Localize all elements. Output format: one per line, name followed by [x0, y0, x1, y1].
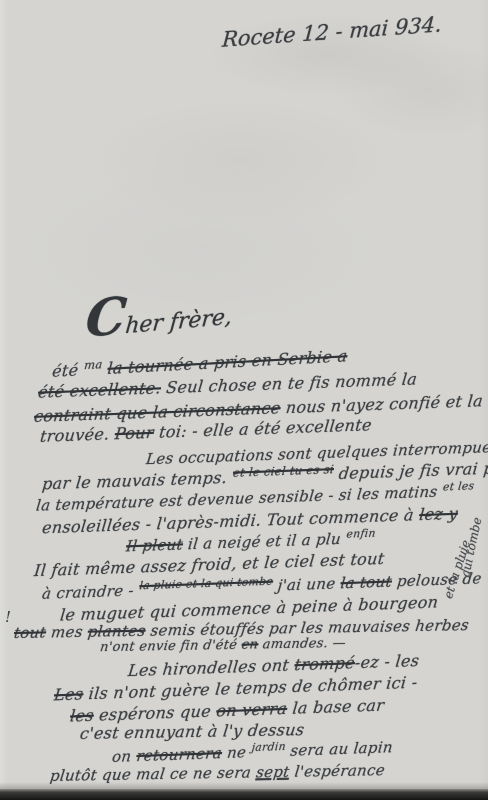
handwriting-text: nous n'ayez confié et la	[280, 391, 484, 417]
scan-bottom-shadow	[0, 782, 488, 789]
struck-text: la tout	[340, 572, 393, 592]
scan-bottom-edge	[0, 789, 488, 800]
struck-text: retournera	[136, 744, 223, 765]
handwriting-text: -ez - les	[354, 651, 420, 672]
salutation: Cher frère,	[84, 275, 236, 349]
struck-text: été excellente.	[37, 378, 162, 401]
handwriting-text: Les hirondelles ont	[127, 655, 295, 680]
struck-text: la pluie et la qui tombe	[139, 575, 274, 593]
struck-text: on verra	[215, 699, 288, 721]
struck-text: tout	[13, 623, 47, 642]
inserted-text: et les	[442, 479, 475, 493]
handwriting-text: à craindre -	[41, 581, 140, 602]
handwriting-text: ne	[221, 743, 252, 762]
date-line: Rocete 12 - mai 934.	[221, 12, 442, 52]
handwriting-line: n'ont envie fin d'été en amandes. —	[99, 637, 346, 654]
struck-text: plantes	[87, 622, 147, 641]
handwriting-text: j'ai une	[272, 574, 342, 594]
inserted-text: jardin	[251, 740, 286, 754]
handwriting-text: Seul chose en te fis nommé la	[160, 369, 418, 397]
handwriting-text: l'espérance	[289, 761, 387, 781]
handwriting-text: trouvée.	[39, 424, 116, 446]
inserted-text: ma	[84, 357, 104, 372]
handwriting-text: été	[51, 360, 84, 381]
handwriting-text: n'ont envie fin d'été	[99, 638, 242, 656]
struck-text: Il pleut	[125, 535, 184, 555]
struck-text: Pour	[114, 423, 155, 443]
struck-text: lez y	[418, 504, 459, 524]
margin-exclamation-mark: !	[5, 608, 11, 626]
struck-text: trompé	[294, 653, 356, 674]
struck-text: Les	[53, 684, 84, 704]
inserted-text: enfin	[346, 527, 377, 541]
struck-text: les	[69, 706, 95, 726]
handwriting-text: sept	[255, 763, 291, 782]
handwriting-line: c'est ennuyant à l'y dessus	[79, 722, 305, 742]
handwriting-text: il a neigé et il a plu	[182, 530, 347, 554]
handwriting-text: la base car	[286, 695, 385, 717]
handwriting-text: mes	[45, 623, 89, 642]
handwriting-text: sera au lapin	[284, 738, 393, 760]
letter-scan-page: Rocete 12 - mai 934. Cher frère, ! été m…	[0, 0, 488, 800]
handwriting-text: amandes. —	[257, 636, 346, 653]
struck-text: et le ciel tu es si	[232, 462, 334, 480]
handwriting-text: on	[111, 747, 137, 766]
handwriting-text: par le mauvais temps.	[41, 468, 233, 494]
handwriting-line: plutôt que mal ce ne sera sept l'espéran…	[49, 763, 386, 784]
